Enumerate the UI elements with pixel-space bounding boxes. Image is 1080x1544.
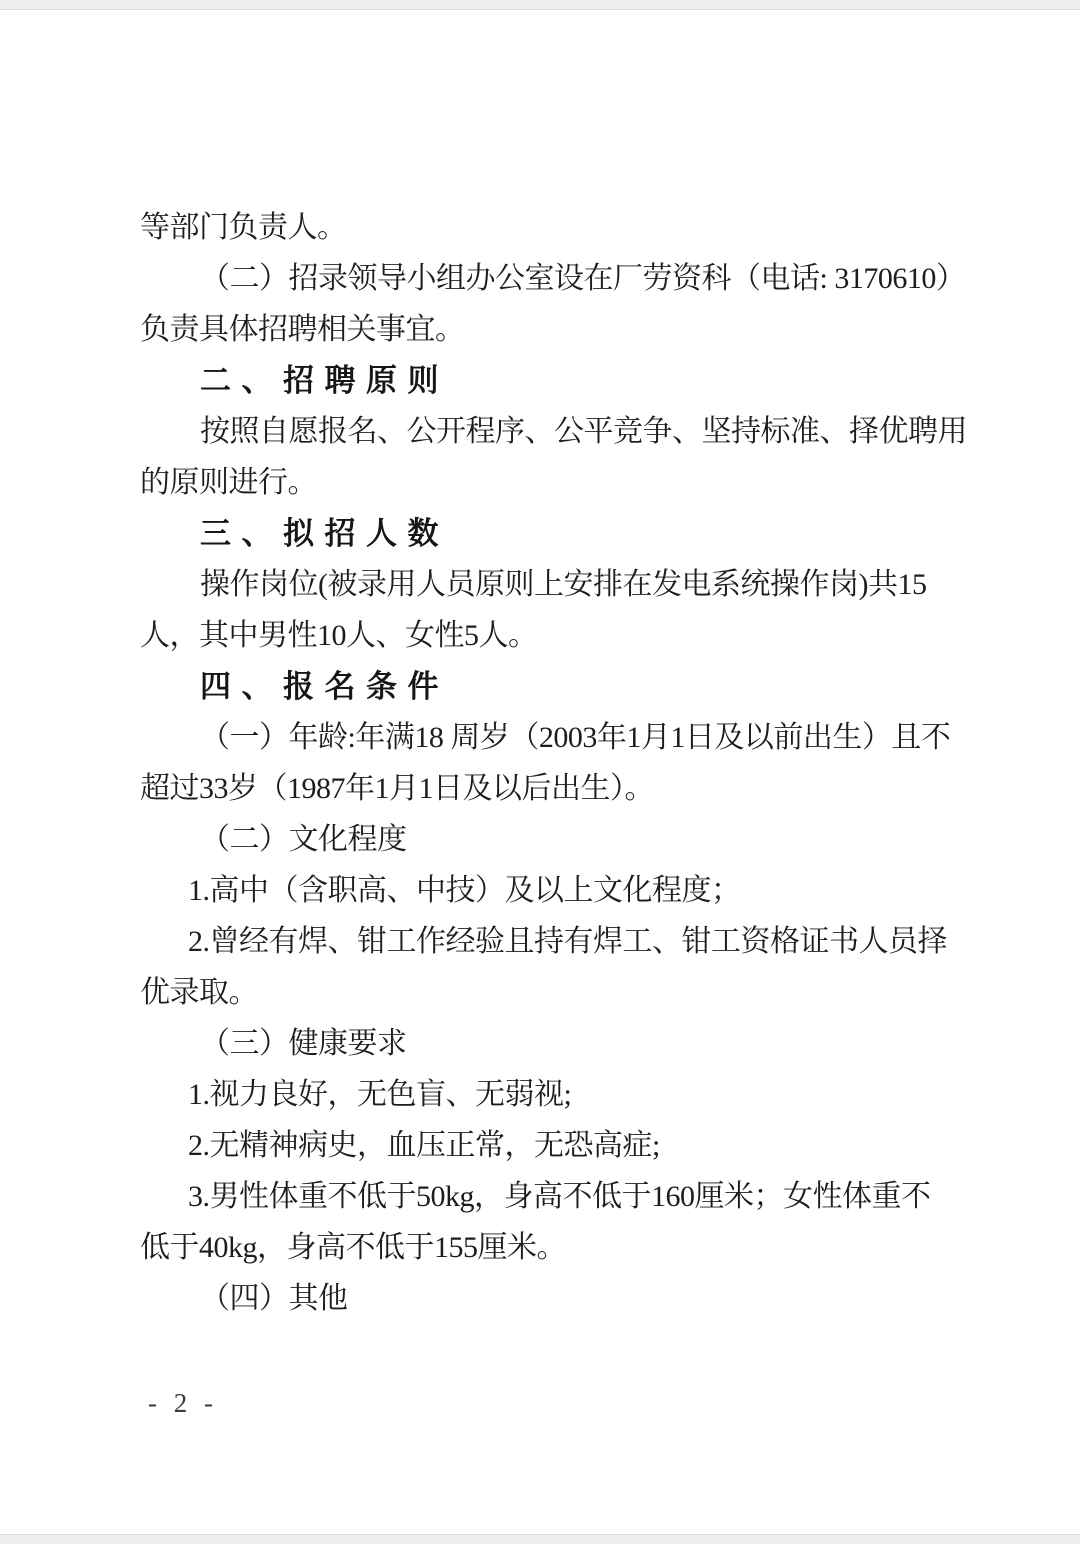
paragraph-line: 2.无精神病史，血压正常，无恐高症;	[140, 1120, 980, 1171]
viewer-edge-top	[0, 0, 1080, 10]
scanned-document-page: 等部门负责人。 （二）招录领导小组办公室设在厂劳资科（电话: 3170610） …	[0, 0, 1080, 1544]
paragraph-line: 等部门负责人。	[140, 202, 980, 253]
paragraph-line: 3.男性体重不低于50kg，身高不低于160厘米；女性体重不	[140, 1171, 980, 1222]
paragraph-line: 操作岗位(被录用人员原则上安排在发电系统操作岗)共15	[140, 559, 980, 610]
heading-recruitment-principles: 二、招聘原则	[140, 355, 980, 406]
paragraph-line: 1.视力良好，无色盲、无弱视;	[140, 1069, 980, 1120]
paragraph-line: （一）年龄:年满18 周岁（2003年1月1日及以前出生）且不	[140, 712, 980, 763]
heading-planned-headcount: 三、拟招人数	[140, 508, 980, 559]
paragraph-line: 1.高中（含职高、中技）及以上文化程度；	[140, 865, 980, 916]
paragraph-line: 负责具体招聘相关事宜。	[140, 304, 980, 355]
paragraph-line: 优录取。	[140, 967, 980, 1018]
subheading-education-level: （二）文化程度	[140, 814, 980, 865]
subheading-other: （四）其他	[140, 1273, 980, 1324]
paragraph-line: 低于40kg，身高不低于155厘米。	[140, 1222, 980, 1273]
page-number: - 2 -	[148, 1388, 218, 1419]
document-body: 等部门负责人。 （二）招录领导小组办公室设在厂劳资科（电话: 3170610） …	[140, 202, 980, 1324]
paragraph-line: （二）招录领导小组办公室设在厂劳资科（电话: 3170610）	[140, 253, 980, 304]
paragraph-line: 2.曾经有焊、钳工作经验且持有焊工、钳工资格证书人员择	[140, 916, 980, 967]
paragraph-line: 按照自愿报名、公开程序、公平竞争、坚持标准、择优聘用	[140, 406, 980, 457]
viewer-edge-bottom	[0, 1534, 1080, 1544]
paragraph-line: 人，其中男性10人、女性5人。	[140, 610, 980, 661]
subheading-health-requirements: （三）健康要求	[140, 1018, 980, 1069]
paragraph-line: 的原则进行。	[140, 457, 980, 508]
paragraph-line: 超过33岁（1987年1月1日及以后出生）。	[140, 763, 980, 814]
heading-application-conditions: 四、报名条件	[140, 661, 980, 712]
